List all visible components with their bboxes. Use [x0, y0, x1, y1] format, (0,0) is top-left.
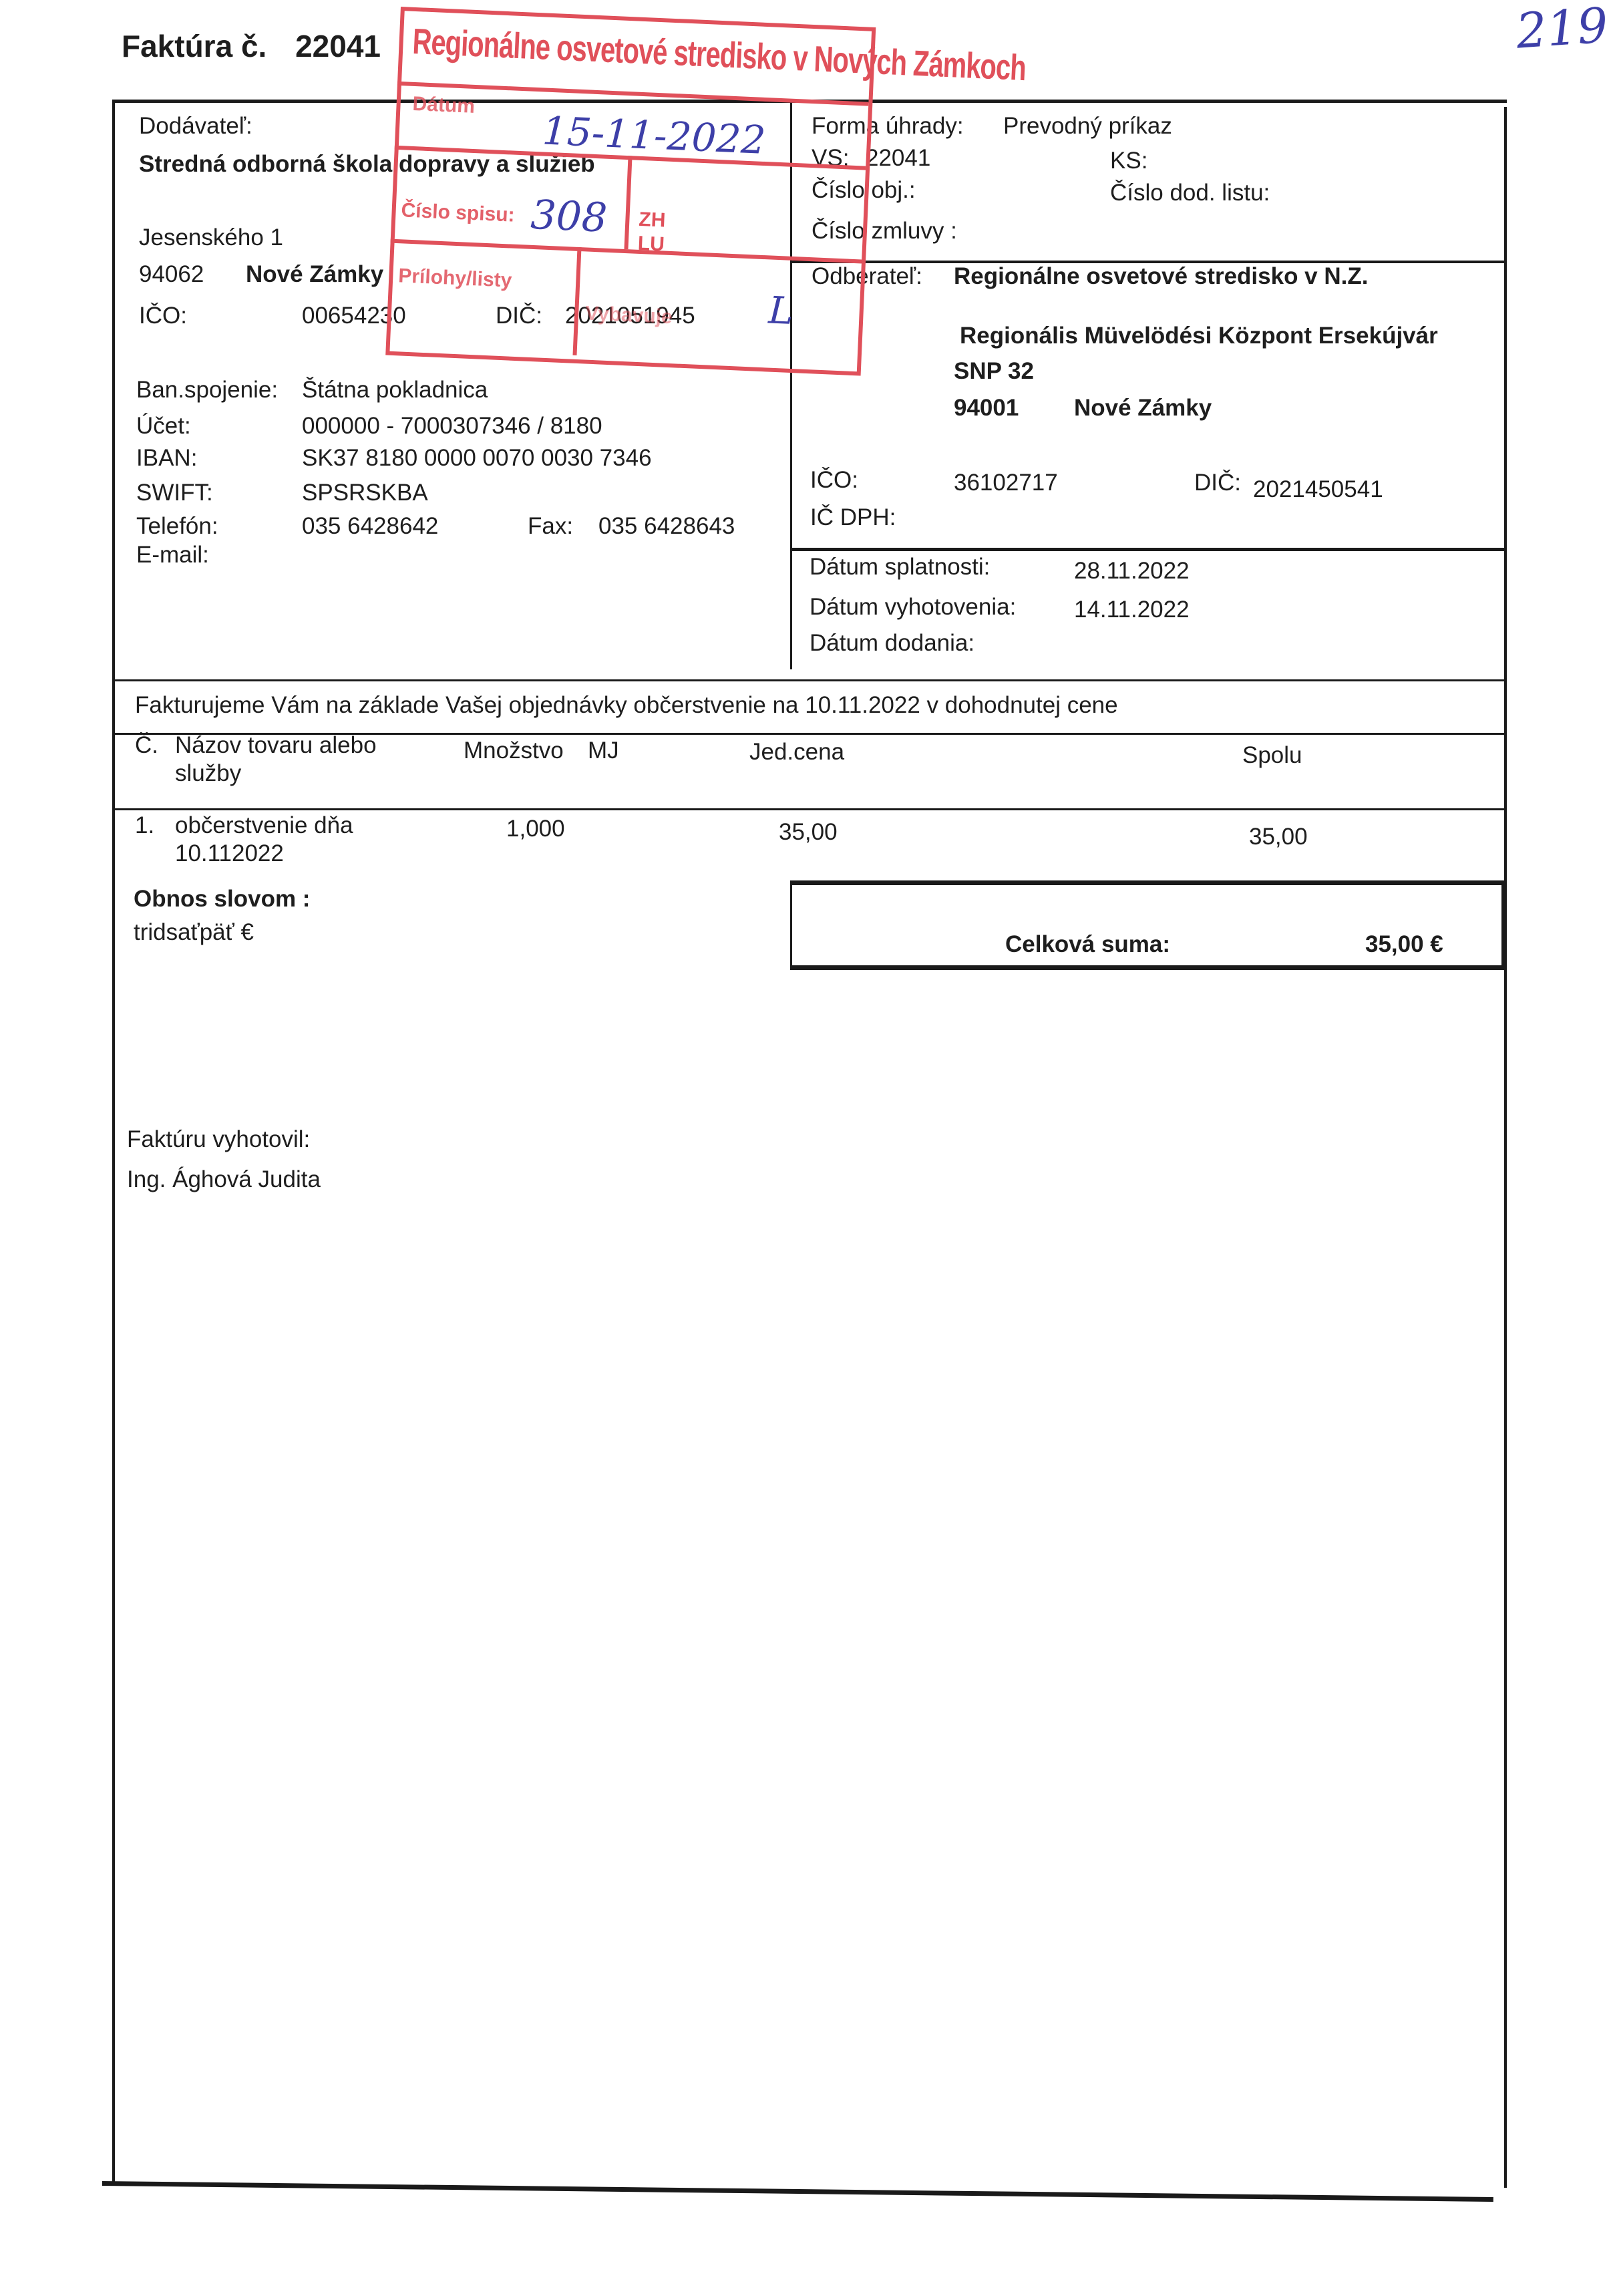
customer-ico: 36102717	[954, 469, 1058, 497]
customer-dic: 2021450541	[1253, 476, 1383, 504]
col-header-no: Č.	[135, 731, 158, 760]
col-header-name-line1: Názov tovaru alebo	[175, 731, 377, 760]
row-name-line1: občerstvenie dňa	[175, 812, 353, 840]
issued-by-name: Ing. Ághová Judita	[127, 1166, 321, 1194]
account-value: 000000 - 7000307346 / 8180	[302, 412, 602, 440]
amount-in-words-label: Obnos slovom :	[134, 885, 310, 913]
supplier-city: Nové Zámky	[246, 261, 383, 289]
handwritten-page-number: 219	[1514, 0, 1609, 59]
stamp-handling-value: L	[767, 289, 794, 333]
phone-label: Telefón:	[136, 512, 218, 540]
separator-intro-top	[114, 679, 1507, 681]
account-label: Účet:	[136, 412, 191, 440]
delivery-date-label: Dátum dodania:	[810, 629, 974, 657]
email-label: E-mail:	[136, 541, 209, 569]
stamp-date-label: Dátum	[412, 93, 476, 118]
iban-value: SK37 8180 0000 0070 0030 7346	[302, 444, 652, 472]
col-header-unit-price: Jed.cena	[749, 738, 844, 766]
col-header-name: Názov tovaru alebo služby	[175, 731, 377, 788]
customer-icdph-label: IČ DPH:	[810, 504, 896, 532]
vs-value: 22041	[866, 144, 930, 172]
registry-stamp: Regionálne osvetové stredisko v Nových Z…	[385, 7, 874, 374]
row-unit-price: 35,00	[779, 818, 838, 846]
issued-by-label: Faktúru vyhotovil:	[127, 1126, 310, 1154]
amount-in-words-value: tridsaťpäť €	[134, 919, 254, 947]
swift-label: SWIFT:	[136, 479, 213, 507]
fax-value: 035 6428643	[598, 512, 735, 540]
bank-value: Štátna pokladnica	[302, 376, 488, 404]
row-qty: 1,000	[506, 815, 565, 843]
swift-value: SPSRSKBA	[302, 479, 428, 507]
invoice-title: Faktúra č. 22041	[122, 28, 381, 64]
invoice-intro-text: Fakturujeme Vám na základe Vašej objedná…	[135, 691, 1118, 719]
col-header-total: Spolu	[1242, 742, 1302, 770]
customer-street: SNP 32	[954, 357, 1034, 385]
issue-date-value: 14.11.2022	[1074, 596, 1190, 624]
ks-label: KS:	[1110, 147, 1147, 175]
supplier-street: Jesenského 1	[139, 224, 283, 252]
row-no: 1.	[135, 812, 154, 840]
col-header-name-line2: služby	[175, 760, 377, 788]
due-date-value: 28.11.2022	[1074, 557, 1190, 585]
iban-label: IBAN:	[136, 444, 197, 472]
invoice-title-label: Faktúra č.	[122, 29, 266, 63]
total-label: Celková suma:	[1005, 931, 1170, 959]
fax-label: Fax:	[528, 512, 573, 540]
due-date-label: Dátum splatnosti:	[810, 553, 990, 581]
customer-city: Nové Zámky	[1074, 394, 1212, 422]
frame-left	[112, 100, 115, 2182]
customer-ico-label: IČO:	[810, 466, 858, 494]
frame-bottom	[102, 2181, 1493, 2202]
separator-table-header-bottom	[114, 808, 1507, 810]
stamp-handling-label: Vybavuje	[584, 303, 673, 329]
col-header-unit: MJ	[588, 737, 619, 765]
customer-name-hu: Regionális Müvelödési Központ Ersekújvár	[960, 322, 1438, 350]
issue-date-label: Dátum vyhotovenia:	[810, 593, 1016, 621]
payment-method-value: Prevodný príkaz	[1003, 112, 1172, 140]
customer-zip: 94001	[954, 394, 1019, 422]
supplier-ico-label: IČO:	[139, 302, 187, 330]
stamp-code-line1: ZH	[639, 208, 666, 232]
row-name-line2: 10.112022	[175, 840, 353, 868]
stamp-file-number-value: 308	[530, 192, 608, 242]
customer-name: Regionálne osvetové stredisko v N.Z.	[954, 263, 1368, 291]
bank-label: Ban.spojenie:	[136, 376, 278, 404]
customer-box-bottom	[790, 548, 1506, 551]
supplier-label: Dodávateľ:	[139, 112, 252, 140]
frame-right	[1504, 107, 1507, 2188]
col-header-qty: Množstvo	[464, 737, 564, 765]
invoice-number: 22041	[295, 29, 381, 63]
row-total: 35,00	[1249, 823, 1308, 851]
customer-dic-label: DIČ:	[1194, 469, 1241, 497]
supplier-zip: 94062	[139, 261, 204, 289]
row-name: občerstvenie dňa 10.112022	[175, 812, 353, 868]
total-value: 35,00 €	[1365, 931, 1443, 959]
delivery-note-label: Číslo dod. listu:	[1110, 179, 1270, 207]
phone-value: 035 6428642	[302, 512, 438, 540]
